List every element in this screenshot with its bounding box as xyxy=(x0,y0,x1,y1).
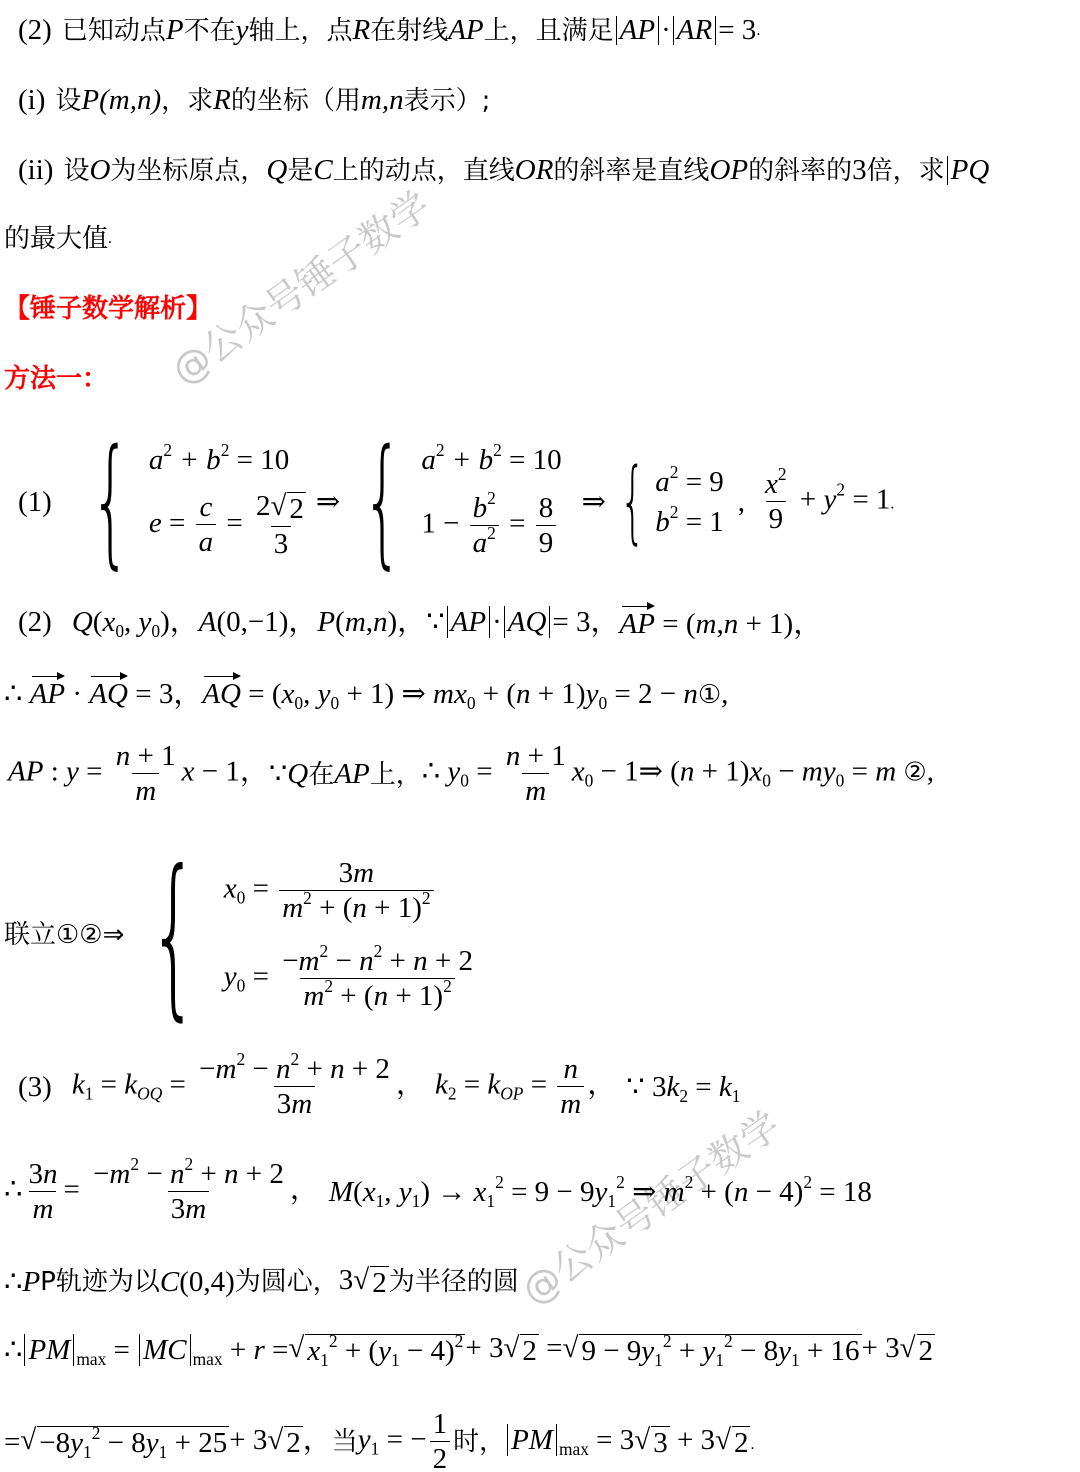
text: 轴上，点 xyxy=(248,18,352,44)
text: 为半径的圆 xyxy=(389,1269,519,1295)
expr-y1: y1 = −12 xyxy=(358,1410,453,1472)
num-3: 3 xyxy=(852,156,867,185)
var-AP: AP xyxy=(448,16,483,45)
lianli-text: 联立①②⇒ xyxy=(4,922,124,948)
system-b: a2 + b2 = 10 1 − b2a2 = 89 xyxy=(421,437,561,567)
brace-icon: { xyxy=(363,432,403,572)
text: 的坐标（用 xyxy=(231,88,361,114)
text: 上，且满足 xyxy=(484,18,614,44)
text: 当 xyxy=(332,1429,358,1455)
radius: 3√2 xyxy=(339,1266,389,1298)
step3-line1: (3) k1 = kOQ = −m2 − n2 + n + 23m， k2 = … xyxy=(18,1055,740,1119)
step2-system: 联立①②⇒ { x0 = 3mm2 + (n + 1)2 y0 = −m2 − … xyxy=(4,845,479,1025)
step2-line3: AP : y = n + 1mx − 1， ∵Q在AP上， ∴ y0 = n +… xyxy=(8,742,934,806)
system-xy0: x0 = 3mm2 + (n + 1)2 y0 = −m2 − n2 + n +… xyxy=(224,848,479,1023)
eq-b1: a2 + b2 = 10 xyxy=(421,446,561,475)
eq-c1: a2 = 9 xyxy=(655,468,724,497)
problem-part-ii: (ii) 设 O 为坐标原点， Q 是 C 上的动点，直线 OR 的斜率是直线 … xyxy=(18,156,989,185)
expr-vecAQ: AQ = (x0, y0 + 1) ⇒ mx0 + (n + 1)y0 = 2 … xyxy=(202,676,728,709)
step-label: (2) xyxy=(18,608,52,637)
var-R: R xyxy=(213,86,231,115)
sqrt-3: √−8y12 − 8y1 + 25 xyxy=(20,1426,229,1458)
dot: · xyxy=(661,16,671,45)
abs-PQ: PQ xyxy=(947,156,990,185)
text: 为坐标原点， xyxy=(110,158,266,184)
expr-since: ∵AP·AQ= 3， xyxy=(426,608,619,637)
ellipse-equation: x29 + y2 = 1. xyxy=(759,470,894,534)
expr-y0: ∴ y0 = n + 1mx0 − 1⇒ (n + 1)x0 − my0 = m… xyxy=(422,742,934,806)
eq-x0: x0 = 3mm2 + (n + 1)2 xyxy=(224,859,479,923)
var-P: P xyxy=(81,86,99,115)
sqrt-1: √x12 + (y1 − 4)2 xyxy=(288,1334,465,1366)
args-mn: (m,n) xyxy=(99,86,161,115)
text: 已知动点 xyxy=(62,18,166,44)
plus-term: + 3√2， xyxy=(229,1426,332,1458)
eq-y0: y0 = −m2 − n2 + n + 2m2 + (n + 1)2 xyxy=(224,947,479,1011)
expr-vecAP: AP = (m,n + 1)， xyxy=(620,606,823,639)
problem-part2: (2) 已知动点 P 不在 y 轴上，点 R 在射线 AP 上，且满足 AP ·… xyxy=(18,16,760,45)
step2-line2: ∴ AP · AQ = 3， AQ = (x0, y0 + 1) ⇒ mx0 +… xyxy=(4,676,728,709)
expr-A: A(0,−1)， xyxy=(199,608,318,637)
heading-text: 【锤子数学解析】 xyxy=(4,296,212,322)
var-C: C xyxy=(313,156,332,185)
expr-P: P(m,n)， xyxy=(317,608,426,637)
expr-Q: Q(x0, y0)， xyxy=(72,608,199,637)
step1: (1) { a2 + b2 = 10 e = ca = 2√23 ⇒ { a2 … xyxy=(18,432,894,572)
expr-PMmax: ∴PMmax = MCmax + r = xyxy=(4,1336,288,1365)
center-C: C(0,4) xyxy=(160,1268,235,1297)
text: 的最大值 xyxy=(4,226,108,252)
expr-3k2: ∵ 3k2 = k1 xyxy=(626,1073,740,1102)
text: 设 xyxy=(63,158,89,184)
var-P: P xyxy=(22,1268,40,1297)
eq-a1: a2 + b2 = 10 xyxy=(149,446,312,475)
step3-line4: ∴PMmax = MCmax + r = √x12 + (y1 − 4)2 + … xyxy=(4,1334,935,1366)
problem-part-ii-cont: 的最大值 . xyxy=(4,226,112,252)
eq-b2: 1 − b2a2 = 89 xyxy=(421,494,561,558)
sqrt-2: √9 − 9y12 + y12 − 8y1 + 16 xyxy=(563,1334,862,1366)
period: . xyxy=(108,231,112,247)
equals-3: = 3 xyxy=(718,16,756,45)
period: . xyxy=(756,23,760,39)
text: 在射线 xyxy=(370,18,448,44)
var-O: O xyxy=(89,156,110,185)
watermark-top: @公众号锤子数学 xyxy=(158,176,439,395)
expr-k1: k1 = kOQ = −m2 − n2 + n + 23m， xyxy=(72,1055,425,1119)
eq-a2: e = ca = 2√23 xyxy=(149,492,312,559)
problem-part-i: (i) 设 P (m,n) ，求 R 的坐标（用 m,n 表示）; xyxy=(18,86,490,115)
step-label: (1) xyxy=(18,488,52,517)
method-text: 方法一： xyxy=(4,366,108,392)
text: P轨迹为以 xyxy=(40,1269,160,1295)
method-heading: 方法一： xyxy=(4,366,108,392)
expr-lineAP: AP : y = n + 1mx − 1， xyxy=(8,742,269,806)
text: 为圆心， xyxy=(235,1269,339,1295)
system-c: a2 = 9 b2 = 1 xyxy=(655,462,724,542)
brace-icon: { xyxy=(620,457,646,547)
abs-AR: AR xyxy=(673,16,716,45)
part-label: (i) xyxy=(18,86,45,115)
abs-AP: AP xyxy=(616,16,659,45)
var-P: P xyxy=(166,16,184,45)
expr-eq: ∴3nm= −m2 − n2 + n + 23m， xyxy=(4,1160,319,1224)
var-y: y xyxy=(236,16,249,45)
var-OR: OR xyxy=(515,156,554,185)
step3-line5: = √−8y12 − 8y1 + 25 + 3√2， 当 y1 = −12 时，… xyxy=(4,1410,754,1472)
plus-term: + 3√2 = xyxy=(465,1334,562,1366)
final-answer: PMmax = 3√3 + 3√2. xyxy=(505,1426,754,1458)
equals: = xyxy=(4,1428,20,1457)
var-mn: m,n xyxy=(361,86,404,115)
expr-k2: k2 = kOP = nm， xyxy=(435,1055,616,1119)
brace-icon: { xyxy=(149,848,199,1023)
eq-c2: b2 = 1 xyxy=(655,508,724,537)
text: 时， xyxy=(453,1429,505,1455)
text: 表示）; xyxy=(404,88,491,114)
text: 倍，求 xyxy=(867,158,945,184)
text: 设 xyxy=(55,88,81,114)
plus-term: + 3√2 xyxy=(862,1334,936,1366)
step2-line1: (2) Q(x0, y0)， A(0,−1)， P(m,n)， ∵AP·AQ= … xyxy=(18,606,822,639)
text: 的斜率的 xyxy=(748,158,852,184)
text: ，求 xyxy=(161,88,213,114)
brace-icon: { xyxy=(90,432,130,572)
text: 是 xyxy=(287,158,313,184)
expr-QonAP: ∵Q在AP上， xyxy=(269,760,422,789)
step-label: (3) xyxy=(18,1073,52,1102)
var-OP: OP xyxy=(709,156,748,185)
text: 不在 xyxy=(184,18,236,44)
solution-heading: 【锤子数学解析】 xyxy=(4,296,212,322)
expr-dot: ∴ AP · AQ = 3， xyxy=(4,676,202,709)
system-a: a2 + b2 = 10 e = ca = 2√23 xyxy=(149,437,312,567)
text: 上的动点，直线 xyxy=(333,158,515,184)
var-R: R xyxy=(352,16,370,45)
part-label: (ii) xyxy=(18,156,53,185)
part-label: (2) xyxy=(18,16,52,45)
step3-line3: ∴ P P轨迹为以 C(0,4) 为圆心， 3√2 为半径的圆 xyxy=(4,1266,519,1298)
expr-M: M(x1, y1) → x12 = 9 − 9y12 ⇒ m2 + (n − 4… xyxy=(329,1178,872,1207)
text: 的斜率是直线 xyxy=(553,158,709,184)
therefore: ∴ xyxy=(4,1268,22,1297)
var-Q: Q xyxy=(266,156,287,185)
step3-line2: ∴3nm= −m2 − n2 + n + 23m， M(x1, y1) → x1… xyxy=(4,1160,872,1224)
